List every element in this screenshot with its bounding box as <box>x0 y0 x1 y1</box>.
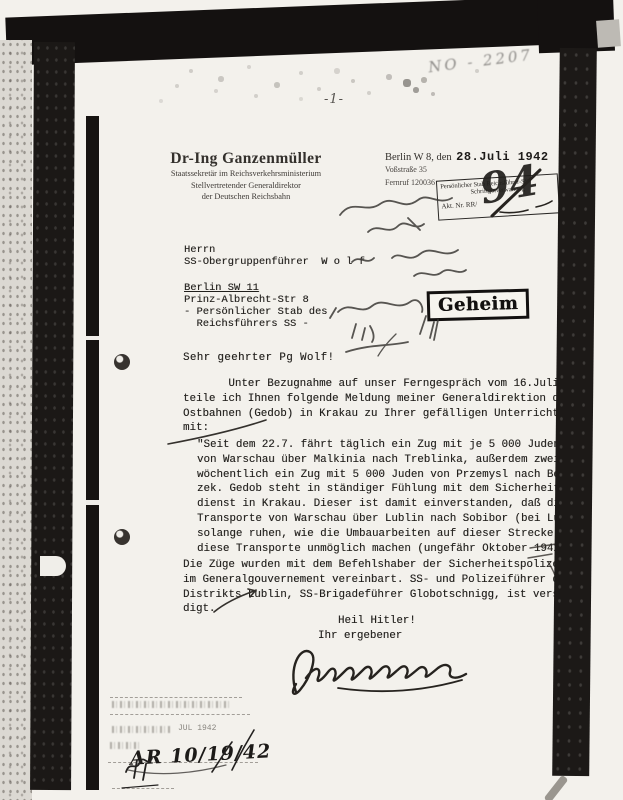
footer-handwritten-ref: AR 10/19/42 <box>130 740 272 769</box>
paragraph-1: Unter Bezugnahme auf unser Ferngespräch … <box>183 377 578 436</box>
recipient-street: Prinz-Albrecht-Str 8 <box>184 294 309 306</box>
photocopy-border-gap-1 <box>86 336 99 340</box>
letterhead-title2: Stellvertretender Generaldirektor <box>112 180 380 192</box>
footer-stamp-date: JUL 1942 <box>178 722 216 737</box>
recipient-dept2: Reichsführers SS - <box>184 318 309 330</box>
dateline-place: Berlin W 8, den <box>385 152 452 163</box>
hole-punch-bottom <box>114 529 130 545</box>
letterhead-title3: der Deutschen Reichsbahn <box>112 191 380 203</box>
letterhead-title1: Staatssekretär im Reichsverkehrsminister… <box>112 168 380 180</box>
photocopy-border-left-wide <box>30 42 75 790</box>
geheim-stamp: Geheim <box>427 289 530 322</box>
letterhead: Dr-Ing Ganzenmüller Staatssekretär im Re… <box>112 150 380 203</box>
closing-phrase: Ihr ergebener <box>318 629 402 644</box>
paragraph-2: Die Züge wurden mit dem Befehlshaber der… <box>183 558 585 617</box>
recipient-name: SS-Obergruppenführer W o l f <box>184 256 365 268</box>
quoted-report: "Seit dem 22.7. fährt täglich ein Zug mi… <box>197 438 586 556</box>
photocopy-noise <box>0 0 2 2</box>
photocopy-mark-bottom-right <box>544 775 569 800</box>
photocopy-notch <box>40 556 66 576</box>
footer-stamp-rule-2 <box>110 714 250 715</box>
footer-stamp-rule-1 <box>110 697 242 698</box>
recipient-dept1: - Persönlicher Stab des <box>184 306 327 318</box>
hole-punch-top <box>114 354 130 370</box>
signature-scrawl <box>293 651 466 694</box>
geheim-stamp-label: Geheim <box>438 293 519 316</box>
dateline-phone: Fernruf 120036 <box>385 178 435 187</box>
document-scan: 345 NO - 2207 -1- Dr-Ing Ganzenmüller St… <box>0 0 623 800</box>
photocopy-border-right <box>552 48 597 776</box>
recipient-city: Berlin SW 11 <box>184 282 259 294</box>
photocopy-edge-left <box>0 40 32 800</box>
photocopy-tab <box>596 19 621 48</box>
footer-stamp-rule-4 <box>112 788 174 789</box>
dateline-street: Voßstraße 35 <box>385 165 427 174</box>
greeting: Sehr geehrter Pg Wolf! <box>183 351 334 366</box>
footer-stamp-smudge-1 <box>112 701 230 708</box>
photocopy-border-gap-2 <box>86 500 99 505</box>
page-number: -1- <box>324 92 344 107</box>
footer-stamp-smudge-2 <box>112 726 170 733</box>
letterhead-name: Dr-Ing Ganzenmüller <box>112 150 380 168</box>
evidence-number: NO - 2207 <box>427 46 534 77</box>
recipient-salutation: Herrn <box>184 244 215 256</box>
closing-salute: Heil Hitler! <box>338 614 416 629</box>
receipt-stamp-number: 94 <box>476 155 542 213</box>
photocopy-border-left-narrow <box>86 116 99 790</box>
